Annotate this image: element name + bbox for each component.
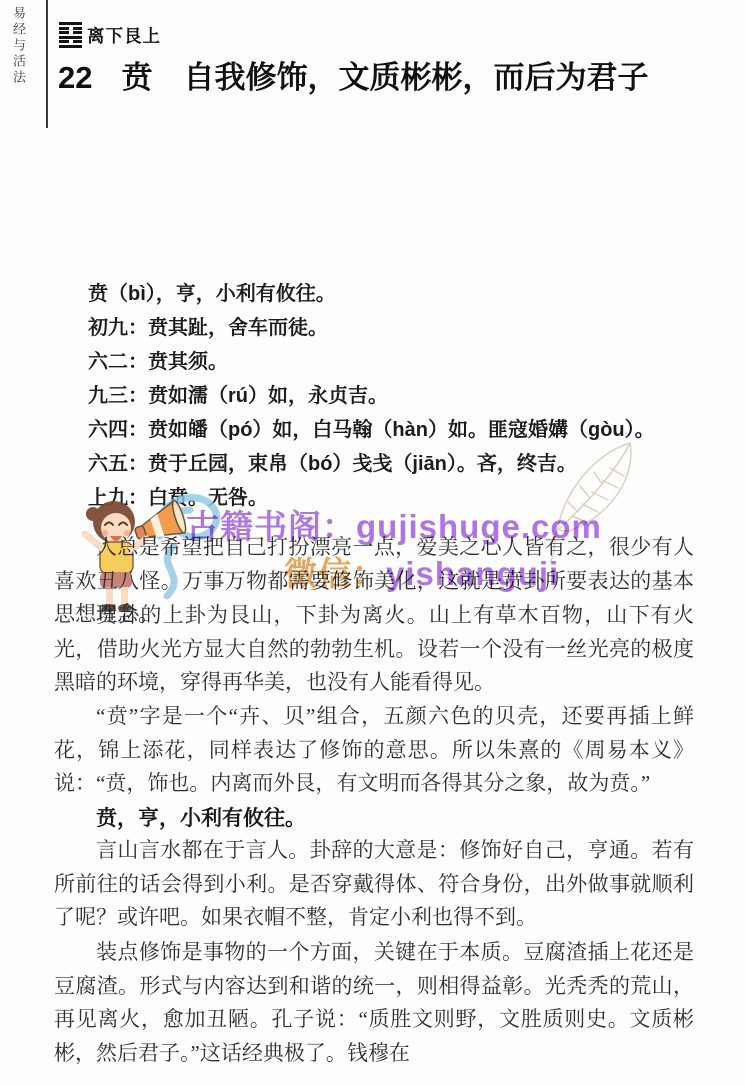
- chapter-subtitle: 自我修饰，文质彬彬，而后为君子: [183, 52, 648, 97]
- paragraph: 装点修饰是事物的一个方面，关键在于本质。豆腐渣插上花还是豆腐渣。形式与内容达到和…: [54, 936, 694, 1070]
- watermark-site-text: 古籍书阁：gujishuge.com: [186, 501, 602, 548]
- book-spine-title: 易经与活法: [9, 6, 28, 86]
- judgment-line: 六二：贲其须。: [88, 345, 688, 379]
- spine-divider-line: [46, 0, 48, 128]
- book-page: 易经与活法 离下艮上 22 贲 自我修饰，文质彬彬，而后为君子 贲（bì），亨，…: [0, 0, 745, 1085]
- hexagram-name: 贲: [121, 52, 152, 97]
- paragraph: “贲”字是一个“卉、贝”组合，五颜六色的贝壳，还要再插上鲜花，锦上添花，同样表达…: [54, 700, 694, 801]
- judgment-line: 初九：贲其趾，舍车而徒。: [88, 311, 688, 345]
- chapter-number: 22: [58, 60, 92, 96]
- paragraph: 言山言水都在于言人。卦辞的大意是：修饰好自己，亨通。若有所前往的话会得到小利。是…: [54, 834, 694, 935]
- watermark-wechat-text: 微信：yishanguji: [284, 548, 559, 595]
- hexagram-header: 离下艮上: [59, 22, 161, 50]
- paragraph: 贲卦的上卦为艮山，下卦为离火。山上有草木百物，山下有火光，借助火光方显大自然的勃…: [54, 599, 694, 700]
- trigram-structure-label: 离下艮上: [87, 23, 161, 48]
- chapter-title: 22 贲 自我修饰，文质彬彬，而后为君子: [58, 52, 648, 97]
- bi-hexagram-icon: [59, 22, 82, 50]
- judgment-line: 九三：贲如濡（rú）如，永贞吉。: [88, 379, 688, 413]
- judgment-quote-heading: 贲，亨，小利有攸往。: [54, 802, 694, 836]
- wechat-label: 微信：: [284, 555, 386, 592]
- wechat-id: yishanguji: [386, 555, 559, 592]
- judgment-line: 贲（bì），亨，小利有攸往。: [88, 277, 688, 311]
